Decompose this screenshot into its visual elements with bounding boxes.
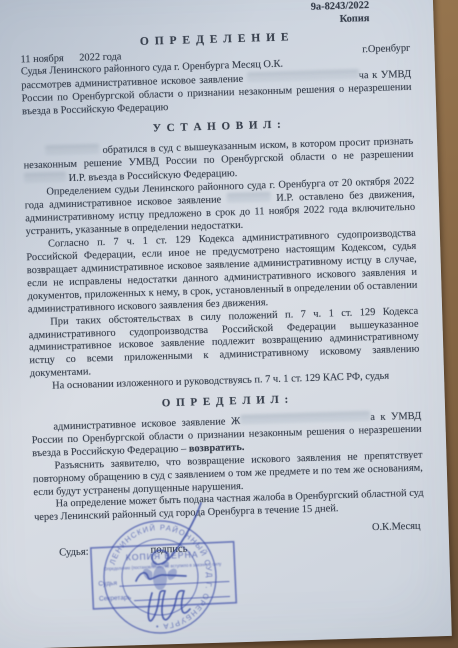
- text-segment: При таких обстоятельствах в силу положен…: [29, 305, 420, 379]
- document-place: г.Оренбург: [362, 42, 410, 56]
- document-body: Судья Ленинского районного суда г. Оренб…: [21, 55, 424, 525]
- heading-ustanovil: У С Т А Н О В И Л :: [22, 115, 412, 139]
- redacted-name: [24, 172, 66, 182]
- text-segment: Согласно п. 7 ч. 1 ст. 129 Кодекса админ…: [26, 228, 417, 315]
- redacted-name: [45, 144, 99, 155]
- paragraph-conclusion: При таких обстоятельствах в силу положен…: [28, 305, 420, 381]
- judge-label: Судья:: [59, 546, 89, 560]
- document-paper: 9а-8243/2022 Копия О П Р Е Д Е Л Е Н И Е…: [0, 0, 452, 648]
- text-segment: возвратить.: [189, 442, 245, 455]
- redacted-name: [240, 411, 370, 424]
- paragraph-law-129: Согласно п. 7 ч. 1 ст. 129 Кодекса админ…: [26, 228, 418, 317]
- signature-placeholder: подпись: [150, 543, 187, 557]
- heading-opredelil: О П Р Е Д Е Л И Л :: [31, 390, 421, 414]
- photo-frame: 9а-8243/2022 Копия О П Р Е Д Е Л Е Н И Е…: [0, 0, 458, 648]
- redacted-name: [247, 69, 359, 81]
- redacted-name: [227, 192, 271, 202]
- document-content: 9а-8243/2022 Копия О П Р Е Д Е Л Е Н И Е…: [19, 0, 425, 560]
